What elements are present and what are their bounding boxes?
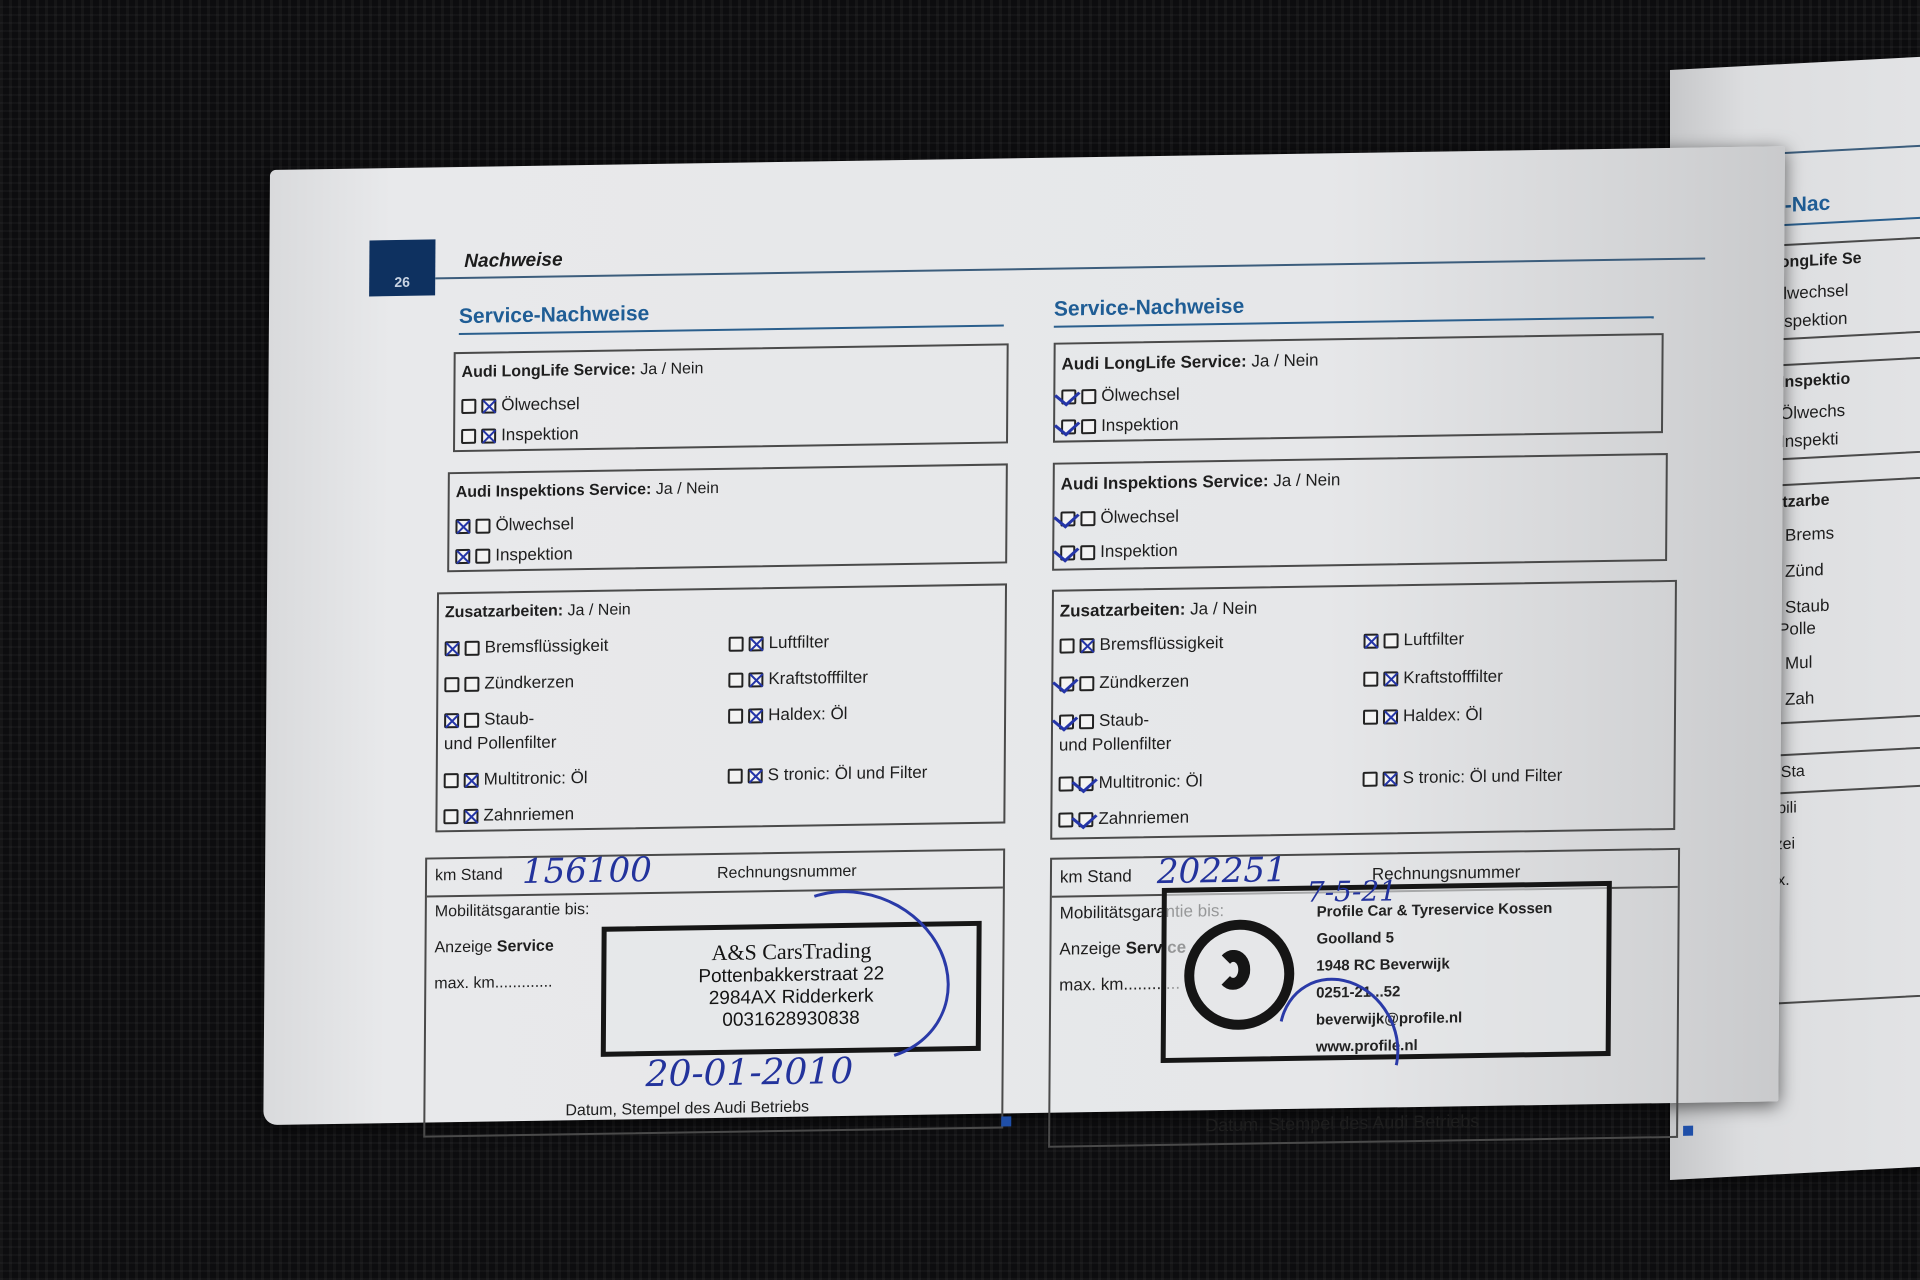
checkbox (1078, 812, 1093, 827)
checkbox (481, 428, 496, 443)
service-entry-2: Service-Nachweise Audi LongLife Service:… (270, 146, 1785, 170)
checkbox (475, 518, 490, 533)
checkbox (728, 672, 743, 687)
checkbox (461, 398, 476, 413)
end-marker-1 (1001, 1116, 1011, 1126)
checkbox (443, 809, 458, 824)
checkbox (1061, 419, 1076, 434)
checkbox (1079, 714, 1094, 729)
checkbox (748, 672, 763, 687)
checkbox (1060, 545, 1075, 560)
record-box-2: km Stand 202251 Rechnungsnummer Mobilitä… (1048, 848, 1680, 1148)
inspektion-box-1: Audi Inspektions Service: Ja / Nein Ölwe… (447, 463, 1008, 572)
checkbox (455, 548, 470, 563)
checkbox (1060, 511, 1075, 526)
checkbox (464, 712, 479, 727)
checkbox (1363, 709, 1378, 724)
checkbox (1079, 776, 1094, 791)
checkbox (444, 677, 459, 692)
longlife-box-2: Audi LongLife Service: Ja / Nein Ölwechs… (1053, 333, 1664, 443)
checkbox (481, 398, 496, 413)
checkbox (1364, 633, 1379, 648)
checkbox (464, 772, 479, 787)
checkbox (465, 640, 480, 655)
checkbox (1080, 545, 1095, 560)
checkbox (1363, 671, 1378, 686)
page-number-tab: 26 (369, 239, 435, 296)
end-marker-2 (1683, 1126, 1693, 1136)
checkbox (1384, 633, 1399, 648)
profile-logo-icon (1184, 919, 1295, 1031)
checkbox (1383, 671, 1398, 686)
checkbox (728, 708, 743, 723)
checkbox (1060, 638, 1075, 653)
checkbox (1383, 709, 1398, 724)
service-entry-1: Service-Nachweise Audi LongLife Service:… (270, 146, 1785, 170)
checkbox (444, 773, 459, 788)
checkbox (1383, 771, 1398, 786)
checkbox (1061, 389, 1076, 404)
checkbox (461, 428, 476, 443)
checkbox (463, 808, 478, 823)
checkbox (464, 676, 479, 691)
checkbox (1080, 511, 1095, 526)
checkbox (728, 768, 743, 783)
checkbox (729, 636, 744, 651)
checkbox (748, 708, 763, 723)
running-head: Nachweise (464, 249, 562, 273)
checkbox (1081, 389, 1096, 404)
longlife-box-1: Audi LongLife Service: Ja / Nein Ölwechs… (453, 343, 1009, 452)
zusatz-box-2: Zusatzarbeiten: Ja / Nein Bremsflüssigke… (1050, 580, 1677, 840)
record-box-1: km Stand 156100 Rechnungsnummer Mobilitä… (423, 848, 1005, 1137)
checkbox (748, 768, 763, 783)
checkbox (1059, 676, 1074, 691)
checkbox (749, 636, 764, 651)
km-handwritten-1: 156100 (522, 850, 652, 892)
checkbox (444, 713, 459, 728)
service-booklet: Service-Nac Audi LongLife Se Ölwechsel I… (270, 100, 1920, 1130)
date-handwritten-2: 7-5-21 (1307, 874, 1397, 908)
zusatz-box-1: Zusatzarbeiten: Ja / Nein Bremsflüssigke… (435, 583, 1007, 832)
service-page: 26 Nachweise Service-Nachweise Audi Long… (263, 146, 1785, 1125)
checkbox (1059, 714, 1074, 729)
checkbox (445, 641, 460, 656)
checkbox (1079, 676, 1094, 691)
checkbox (1363, 771, 1378, 786)
inspektion-box-2: Audi Inspektions Service: Ja / Nein Ölwe… (1052, 453, 1668, 571)
checkbox (1081, 419, 1096, 434)
checkbox (475, 548, 490, 563)
date-handwritten-1: 20-01-2010 (645, 1051, 853, 1095)
checkbox (455, 518, 470, 533)
checkbox (1080, 638, 1095, 653)
